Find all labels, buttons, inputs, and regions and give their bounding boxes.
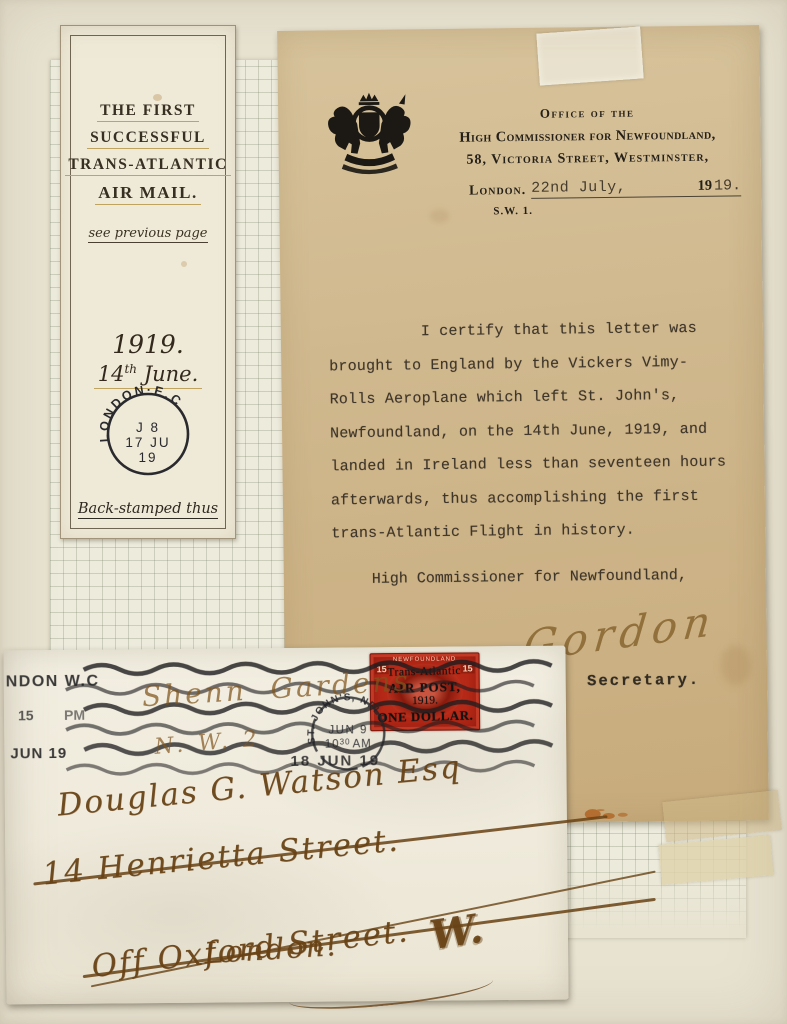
letterhead-line-2: High Commissioner for Newfoundland, <box>418 126 756 147</box>
card-caption: Back-stamped thus <box>61 500 235 518</box>
body-line: I certify that this letter was <box>329 319 741 358</box>
card-date-month: June. <box>137 362 198 386</box>
body-line: Rolls Aeroplane which left St. John's, <box>330 386 742 425</box>
letterhead: Office of the High Commissioner for Newf… <box>418 103 757 169</box>
postmark-row2: 17 JU <box>125 435 170 450</box>
card-year: 1919. <box>61 330 235 359</box>
secretary-label: Secretary. <box>587 671 700 690</box>
stain <box>181 261 187 267</box>
typed-date: 22nd July, <box>531 179 626 197</box>
roller-date: JUN 19 <box>10 745 67 762</box>
card-caption-text: Back-stamped thus <box>78 501 218 519</box>
roller-time: 15 <box>18 707 34 723</box>
letterhead-line-1: Office of the <box>418 103 756 123</box>
letter-date-row: London. 22nd July, 19 19. <box>469 177 741 199</box>
cds-time: 1030AM <box>325 737 372 750</box>
address-city: London. <box>203 928 338 970</box>
stain <box>721 645 751 685</box>
typed-year: 19. <box>714 177 741 194</box>
body-line: Newfoundland, on the 14th June, 1919, an… <box>330 420 742 459</box>
card-date: 14th June. <box>61 362 235 386</box>
card-title-line-1: THE FIRST <box>97 102 199 122</box>
stain <box>429 209 449 223</box>
postmark-row3: 19 <box>138 450 157 465</box>
body-line: brought to England by the Vickers Vimy- <box>329 353 741 392</box>
postmark-row1: J 8 <box>136 420 160 435</box>
postal-district: S.W. 1. <box>493 205 533 217</box>
letter-body: I certify that this letter was brought t… <box>329 319 744 559</box>
card-title-line-2: SUCCESSFUL <box>87 129 209 149</box>
cds-date: JUN 9 <box>328 724 368 736</box>
address-district: W. <box>427 905 486 959</box>
letter-signoff: High Commissioner for Newfoundland, <box>372 567 687 588</box>
roller-town: NDON W.C <box>6 673 100 691</box>
body-line: afterwards, thus accomplishing the first <box>331 487 743 526</box>
printed-year: 19 <box>697 178 712 195</box>
letter-city-label: London. <box>469 183 526 200</box>
letter-date-line: 22nd July, 19 19. <box>531 177 741 199</box>
album-page: THE FIRST SUCCESSFUL TRANS-ATLANTIC AIR … <box>0 0 787 1024</box>
stain <box>153 94 162 101</box>
label-card: THE FIRST SUCCESSFUL TRANS-ATLANTIC AIR … <box>60 25 236 539</box>
body-line: landed in Ireland less than seventeen ho… <box>330 453 742 492</box>
card-note-text: see previous page <box>88 226 207 243</box>
address-street2-crossed-out: Off Oxford Street. <box>90 886 652 985</box>
card-title-line-4: AIR MAIL. <box>95 183 200 205</box>
london-ec-postmark-icon: LONDON·E.C J 8 17 JU 19 <box>100 386 196 482</box>
card-note: see previous page <box>61 224 235 242</box>
letterhead-line-3: 58, Victoria Street, Westminster, <box>419 149 757 169</box>
card-title: THE FIRST SUCCESSFUL TRANS-ATLANTIC AIR … <box>61 102 235 212</box>
pen-flourish <box>288 967 495 1015</box>
flown-envelope: NEWFOUNDLAND 15 15 Trans-Atlantic AIR PO… <box>3 646 568 1005</box>
body-line: trans-Atlantic Flight in history. <box>331 520 743 559</box>
card-title-line-3: TRANS-ATLANTIC <box>65 156 230 176</box>
roller-meridiem: PM <box>64 707 85 723</box>
card-date-suffix: th <box>124 362 137 376</box>
royal-coat-of-arms-icon <box>321 91 418 178</box>
card-date-day: 14 <box>98 362 125 386</box>
